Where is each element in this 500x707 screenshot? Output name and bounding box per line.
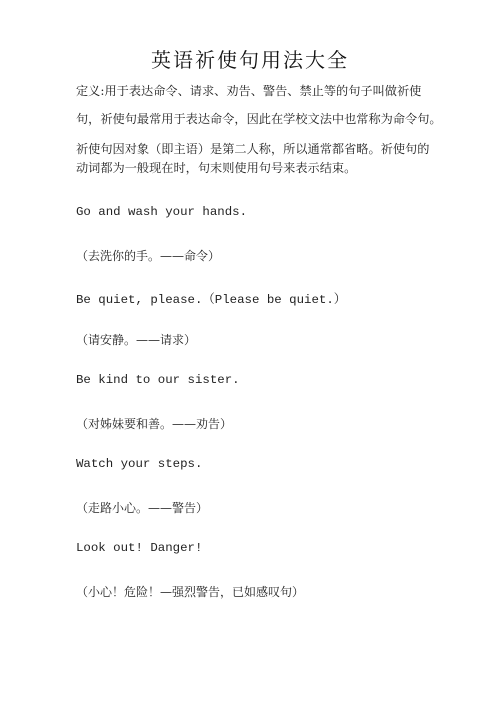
example-chinese-3: （对姊妹要和善。——劝告） <box>76 415 232 432</box>
example-chinese-4: （走路小心。——警告） <box>76 499 208 516</box>
example-english-3: Be kind to our sister. <box>76 373 240 387</box>
example-english-4: Watch your steps. <box>76 457 202 471</box>
example-chinese-1: （去洗你的手。——命令） <box>76 247 220 264</box>
example-chinese-2: （请安静。——请求） <box>76 331 196 348</box>
example-english-1: Go and wash your hands. <box>76 205 247 219</box>
definition-line-2: 句，祈使句最常用于表达命令，因此在学校文法中也常称为命令句。 <box>76 110 436 127</box>
example-chinese-5: （小心！危险！—强烈警告，已如感叹句） <box>76 583 304 600</box>
document-page: 英语祈使句用法大全 定义:用于表达命令、请求、劝告、警告、禁止等的句子叫做祈使 … <box>0 0 500 707</box>
explanation-line-1: 祈使句因对象（即主语）是第二人称，所以通常都省略。祈使句的 <box>76 140 436 157</box>
example-english-2: Be quiet, please.（Please be quiet.） <box>76 289 346 307</box>
page-title: 英语祈使句用法大全 <box>0 44 500 73</box>
definition-line-1: 定义:用于表达命令、请求、劝告、警告、禁止等的句子叫做祈使 <box>76 82 436 99</box>
example-english-5: Look out! Danger! <box>76 541 202 555</box>
explanation-line-2: 动词都为一般现在时，句末则使用句号来表示结束。 <box>76 159 436 176</box>
